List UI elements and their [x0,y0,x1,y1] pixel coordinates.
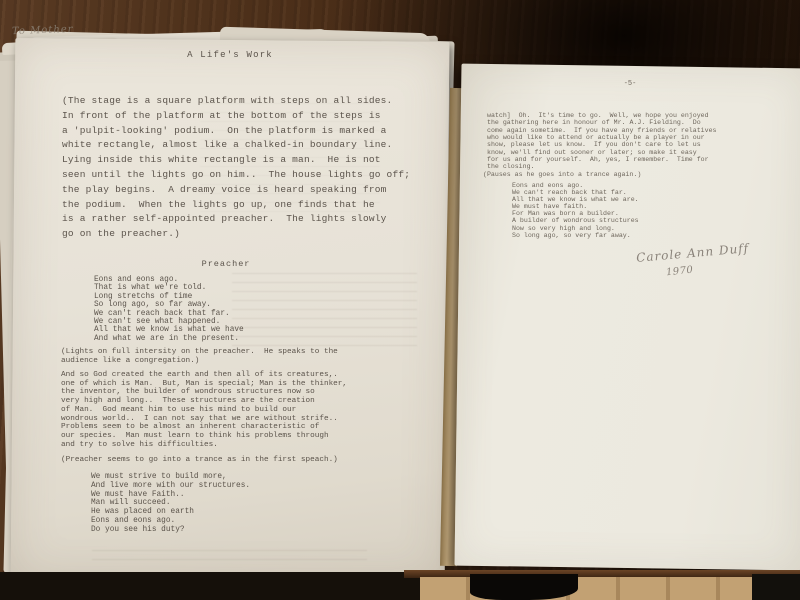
speaker-heading: Preacher [96,259,356,269]
bleedthrough-text [232,270,417,346]
stage-direction-pauses: (Pauses as he goes into a trance again.) [483,171,641,178]
stage-direction-trance: (Preacher seems to go into a trance as i… [61,456,338,464]
verse-block-1: Eons and eons ago. That is what we're to… [94,276,244,343]
floor-shadow [470,574,578,600]
page-number: -5- [560,80,700,88]
bleedthrough-text [92,547,367,563]
photo-of-manuscript: To Mother A Life's Work (The stage is a … [0,0,800,600]
preacher-monologue: And so God created the earth and then al… [61,371,347,449]
closing-speech-paragraph: watch] Oh. It's time to go. Well, we hop… [487,112,717,171]
stage-direction-lights: (Lights on full intersity on the preache… [61,348,338,366]
verse-block-2: We must strive to build more, And live m… [91,473,250,535]
opening-stage-direction: (The stage is a square platform with ste… [62,94,410,242]
manuscript-title: A Life's Work [100,50,360,60]
floor-shadow [752,574,800,600]
handwritten-dedication: To Mother [12,24,74,37]
closing-verse: Eons and eons ago. We can't reach back t… [512,182,639,239]
